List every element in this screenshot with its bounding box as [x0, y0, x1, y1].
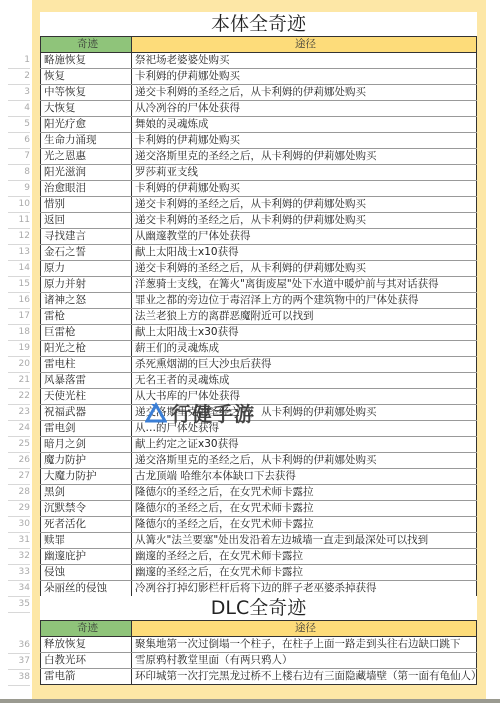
method-cell: 罪业之都的旁边位于毒沼泽上方的两个建筑物中的尸体处获得 [132, 293, 477, 309]
dlc-miracles-sheet: DLC全奇迹 奇迹 途径 释放恢复聚集地第一次过倒塌一个柱子，在柱子上面一路走到… [40, 596, 477, 685]
row-number: 6 [8, 132, 30, 149]
row-number: 27 [8, 468, 30, 485]
method-cell: 洋葱骑士支线，在篝火"离街废屋"处下水道中暖炉前与其对话获得 [132, 277, 477, 293]
table-row: 释放恢复聚集地第一次过倒塌一个柱子，在柱子上面一路走到头往右边缺口跳下 [41, 637, 477, 653]
table-row: 天使光柱从大书库的尸体处获得 [41, 389, 477, 405]
table-row: 黑剑隆德尔的圣经之后，在女咒术师卡露拉 [41, 485, 477, 501]
row-number: 33 [8, 564, 30, 581]
miracle-name-cell: 诸神之怒 [41, 293, 132, 309]
row-number: 18 [8, 324, 30, 341]
miracle-name-cell: 惜别 [41, 197, 132, 213]
miracle-name-cell: 阳光滋润 [41, 165, 132, 181]
table-row: 祝福武器递交洛斯里克的圣经之后，从卡利姆的伊莉娜处购买 [41, 405, 477, 421]
table-row: 沉默禁令隆德尔的圣经之后，在女咒术师卡露拉 [41, 501, 477, 517]
method-cell: 古龙顶端 哈维尔本体缺口下去获得 [132, 469, 477, 485]
table-row: 治愈眼泪卡利姆的伊莉娜处购买 [41, 181, 477, 197]
method-cell: 递交卡利姆的圣经之后，从卡利姆的伊莉娜处购买 [132, 213, 477, 229]
row-number: 4 [8, 100, 30, 117]
miracle-name-cell: 返回 [41, 213, 132, 229]
table-row: 大魔力防护古龙顶端 哈维尔本体缺口下去获得 [41, 469, 477, 485]
row-number: 10 [8, 196, 30, 213]
method-cell: 献上约定之证x30获得 [132, 437, 477, 453]
miracle-name-cell: 白教光环 [41, 653, 132, 669]
method-cell: 幽邃的圣经之后，在女咒术师卡露拉 [132, 549, 477, 565]
miracle-name-cell: 赎罪 [41, 533, 132, 549]
table-header-row: 奇迹 途径 [41, 37, 477, 53]
table-row: 原力并射洋葱骑士支线，在篝火"离街废屋"处下水道中暖炉前与其对话获得 [41, 277, 477, 293]
row-number: 36 [8, 637, 30, 654]
column-header-method: 途径 [132, 37, 477, 53]
miracle-name-cell: 雷电柱 [41, 357, 132, 373]
method-cell: 祭祀场老婆婆处购买 [132, 53, 477, 69]
miracle-name-cell: 阳光疗愈 [41, 117, 132, 133]
table-row: 略施恢复祭祀场老婆婆处购买 [41, 53, 477, 69]
row-number: 17 [8, 308, 30, 325]
miracle-name-cell: 原力 [41, 261, 132, 277]
miracle-name-cell: 侵蚀 [41, 565, 132, 581]
table-row: 返回递交卡利姆的圣经之后，从卡利姆的伊莉娜处购买 [41, 213, 477, 229]
table-row: 魔力防护递交洛斯里克的圣经之后，从卡利姆的伊莉娜处购买 [41, 453, 477, 469]
miracle-name-cell: 释放恢复 [41, 637, 132, 653]
miracle-name-cell: 暗月之剑 [41, 437, 132, 453]
miracle-name-cell: 金石之誓 [41, 245, 132, 261]
miracle-name-cell: 寻找建言 [41, 229, 132, 245]
miracle-name-cell: 雷电剑 [41, 421, 132, 437]
method-cell: 卡利姆的伊莉娜处购买 [132, 69, 477, 85]
miracle-name-cell: 原力并射 [41, 277, 132, 293]
method-cell: 法兰老狼上方的离群恶魔附近可以找到 [132, 309, 477, 325]
row-number-gutter: 1234567891011121314151617181920212223242… [0, 0, 32, 703]
method-cell: 递交洛斯里克的圣经之后，从卡利姆的伊莉娜处购买 [132, 453, 477, 469]
miracle-name-cell: 阳光之枪 [41, 341, 132, 357]
miracle-name-cell: 幽邃庇护 [41, 549, 132, 565]
method-cell: 献上太阳战士x30获得 [132, 325, 477, 341]
method-cell: 舞娘的灵魂炼成 [132, 117, 477, 133]
table-row: 光之恩惠递交洛斯里克的圣经之后，从卡利姆的伊莉娜处购买 [41, 149, 477, 165]
row-number: 1 [8, 52, 30, 69]
method-cell: 从大书库的尸体处获得 [132, 389, 477, 405]
row-number: 8 [8, 164, 30, 181]
method-cell: 卡利姆的伊莉娜处购买 [132, 133, 477, 149]
table-row: 侵蚀幽邃的圣经之后，在女咒术师卡露拉 [41, 565, 477, 581]
column-header-miracle: 奇迹 [41, 621, 132, 637]
row-number: 37 [8, 653, 30, 670]
miracle-name-cell: 黑剑 [41, 485, 132, 501]
main-miracles-table: 奇迹 途径 略施恢复祭祀场老婆婆处购买恢复卡利姆的伊莉娜处购买中等恢复递交卡利姆… [40, 36, 477, 613]
table-row: 雷电剑从…的尸体处获得 [41, 421, 477, 437]
table-row: 惜别递交卡利姆的圣经之后，从卡利姆的伊莉娜处购买 [41, 197, 477, 213]
main-miracles-sheet: 本体全奇迹 奇迹 途径 略施恢复祭祀场老婆婆处购买恢复卡利姆的伊莉娜处购买中等恢… [40, 12, 477, 613]
miracle-name-cell: 光之恩惠 [41, 149, 132, 165]
row-number: 20 [8, 356, 30, 373]
row-number: 12 [8, 228, 30, 245]
row-number: 38 [8, 669, 30, 686]
table-row: 巨雷枪献上太阳战士x30获得 [41, 325, 477, 341]
row-number: 3 [8, 84, 30, 101]
miracle-name-cell: 恢复 [41, 69, 132, 85]
method-cell: 幽邃的圣经之后，在女咒术师卡露拉 [132, 565, 477, 581]
row-number: 32 [8, 548, 30, 565]
row-number: 29 [8, 500, 30, 517]
miracle-name-cell: 雷枪 [41, 309, 132, 325]
table-row: 诸神之怒罪业之都的旁边位于毒沼泽上方的两个建筑物中的尸体处获得 [41, 293, 477, 309]
table-row: 赎罪从篝火"法兰要塞"处出发沿着左边城墙一直走到最深处可以找到 [41, 533, 477, 549]
row-number: 16 [8, 292, 30, 309]
miracle-name-cell: 治愈眼泪 [41, 181, 132, 197]
dlc-miracles-table: 奇迹 途径 释放恢复聚集地第一次过倒塌一个柱子，在柱子上面一路走到头往右边缺口跳… [40, 620, 477, 685]
method-cell: 递交洛斯里克的圣经之后，从卡利姆的伊莉娜处购买 [132, 405, 477, 421]
method-cell: 环印城第一次打完黑龙过桥不上楼右边有三面隐藏墙壁（第一面有龟仙人） [132, 669, 477, 685]
table-row: 中等恢复递交卡利姆的圣经之后，从卡利姆的伊莉娜处购买 [41, 85, 477, 101]
method-cell: 递交卡利姆的圣经之后，从卡利姆的伊莉娜处购买 [132, 197, 477, 213]
table-row: 幽邃庇护幽邃的圣经之后，在女咒术师卡露拉 [41, 549, 477, 565]
row-number: 35 [8, 596, 30, 613]
miracle-name-cell: 大魔力防护 [41, 469, 132, 485]
column-header-miracle: 奇迹 [41, 37, 132, 53]
table-row: 阳光滋润罗莎莉亚支线 [41, 165, 477, 181]
row-number: 31 [8, 532, 30, 549]
method-cell: 从篝火"法兰要塞"处出发沿着左边城墙一直走到最深处可以找到 [132, 533, 477, 549]
miracle-name-cell: 雷电箭 [41, 669, 132, 685]
table-row: 朵丽丝的侵蚀冷冽谷打掉幻影栏杆后将下边的胖子老巫婆杀掉获得 [41, 581, 477, 597]
miracle-name-cell: 中等恢复 [41, 85, 132, 101]
method-cell: 隆德尔的圣经之后，在女咒术师卡露拉 [132, 501, 477, 517]
method-cell: 递交卡利姆的圣经之后，从卡利姆的伊莉娜处购买 [132, 85, 477, 101]
page-title: 本体全奇迹 [40, 12, 477, 36]
table-row: 生命力涌现卡利姆的伊莉娜处购买 [41, 133, 477, 149]
table-row: 原力递交卡利姆的圣经之后，从卡利姆的伊莉娜处购买 [41, 261, 477, 277]
table-header-row: 奇迹 途径 [41, 621, 477, 637]
method-cell: 聚集地第一次过倒塌一个柱子，在柱子上面一路走到头往右边缺口跳下 [132, 637, 477, 653]
method-cell: 杀死熏烟湖的巨大沙虫后获得 [132, 357, 477, 373]
method-cell: 献上太阳战士x10获得 [132, 245, 477, 261]
miracle-name-cell: 巨雷枪 [41, 325, 132, 341]
method-cell: 从冷冽谷的尸体处获得 [132, 101, 477, 117]
row-number: 13 [8, 244, 30, 261]
method-cell: 从…的尸体处获得 [132, 421, 477, 437]
bottom-divider [0, 699, 500, 703]
row-number: 2 [8, 68, 30, 85]
row-number: 25 [8, 436, 30, 453]
row-number: 19 [8, 340, 30, 357]
table-row: 风暴落雷无名王者的灵魂炼成 [41, 373, 477, 389]
method-cell: 薪王们的灵魂炼成 [132, 341, 477, 357]
method-cell: 雪原鸦村教堂里面（有两只鸦人） [132, 653, 477, 669]
row-number: 23 [8, 404, 30, 421]
row-number: 21 [8, 372, 30, 389]
miracle-name-cell: 祝福武器 [41, 405, 132, 421]
method-cell: 隆德尔的圣经之后，在女咒术师卡露拉 [132, 517, 477, 533]
table-row: 雷电箭环印城第一次打完黑龙过桥不上楼右边有三面隐藏墙壁（第一面有龟仙人） [41, 669, 477, 685]
method-cell: 递交卡利姆的圣经之后，从卡利姆的伊莉娜处购买 [132, 261, 477, 277]
row-number: 14 [8, 260, 30, 277]
row-number: 9 [8, 180, 30, 197]
row-number: 34 [8, 580, 30, 597]
method-cell: 罗莎莉亚支线 [132, 165, 477, 181]
table-row: 大恢复从冷冽谷的尸体处获得 [41, 101, 477, 117]
table-row: 阳光之枪薪王们的灵魂炼成 [41, 341, 477, 357]
method-cell: 无名王者的灵魂炼成 [132, 373, 477, 389]
table-row: 寻找建言从幽邃教堂的尸体处获得 [41, 229, 477, 245]
table-row: 雷电柱杀死熏烟湖的巨大沙虫后获得 [41, 357, 477, 373]
miracle-name-cell: 魔力防护 [41, 453, 132, 469]
miracle-name-cell: 天使光柱 [41, 389, 132, 405]
table-row: 金石之誓献上太阳战士x10获得 [41, 245, 477, 261]
row-number: 28 [8, 484, 30, 501]
table-row: 阳光疗愈舞娘的灵魂炼成 [41, 117, 477, 133]
table-row: 恢复卡利姆的伊莉娜处购买 [41, 69, 477, 85]
row-number: 15 [8, 276, 30, 293]
miracle-name-cell: 死者活化 [41, 517, 132, 533]
row-number: 22 [8, 388, 30, 405]
row-number: 24 [8, 420, 30, 437]
table-row: 死者活化隆德尔的圣经之后，在女咒术师卡露拉 [41, 517, 477, 533]
row-number: 30 [8, 516, 30, 533]
miracle-name-cell: 朵丽丝的侵蚀 [41, 581, 132, 597]
miracle-name-cell: 生命力涌现 [41, 133, 132, 149]
row-number: 7 [8, 148, 30, 165]
method-cell: 冷冽谷打掉幻影栏杆后将下边的胖子老巫婆杀掉获得 [132, 581, 477, 597]
table-row: 暗月之剑献上约定之证x30获得 [41, 437, 477, 453]
miracle-name-cell: 大恢复 [41, 101, 132, 117]
method-cell: 从幽邃教堂的尸体处获得 [132, 229, 477, 245]
table-row: 雷枪法兰老狼上方的离群恶魔附近可以找到 [41, 309, 477, 325]
miracle-name-cell: 风暴落雷 [41, 373, 132, 389]
row-number: 11 [8, 212, 30, 229]
row-number: 5 [8, 116, 30, 133]
dlc-title: DLC全奇迹 [40, 596, 477, 620]
method-cell: 递交洛斯里克的圣经之后，从卡利姆的伊莉娜处购买 [132, 149, 477, 165]
miracle-name-cell: 略施恢复 [41, 53, 132, 69]
column-header-method: 途径 [132, 621, 477, 637]
table-row: 白教光环雪原鸦村教堂里面（有两只鸦人） [41, 653, 477, 669]
miracle-name-cell: 沉默禁令 [41, 501, 132, 517]
method-cell: 卡利姆的伊莉娜处购买 [132, 181, 477, 197]
row-number: 26 [8, 452, 30, 469]
method-cell: 隆德尔的圣经之后，在女咒术师卡露拉 [132, 485, 477, 501]
